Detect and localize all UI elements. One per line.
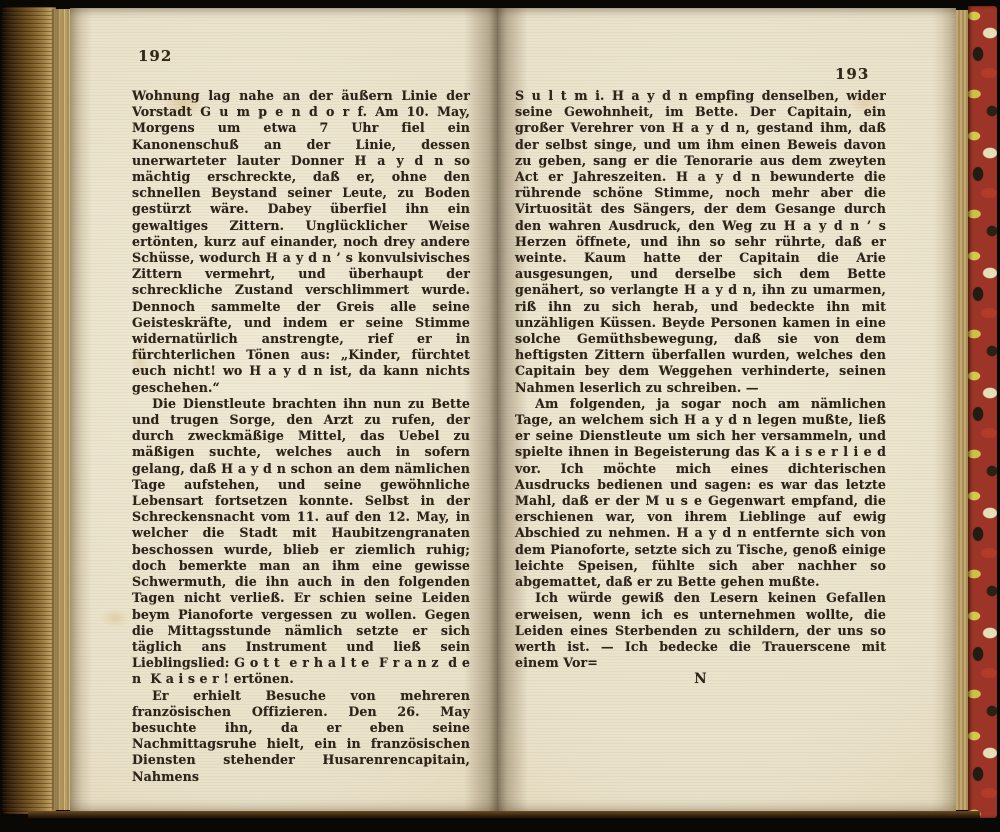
book-scan: 192 Wohnung lag nahe an der äußern Linie… bbox=[0, 0, 1000, 832]
spine-side-shadow bbox=[70, 8, 92, 812]
book-spine bbox=[2, 7, 56, 814]
page-edge-stack bbox=[52, 9, 70, 810]
left-page-number: 192 bbox=[138, 47, 172, 65]
bottom-board-edge bbox=[28, 811, 980, 820]
right-page: 193 S u l t m i. H a y d n empfing dense… bbox=[498, 8, 956, 812]
paragraph: Wohnung lag nahe an der äußern Linie der… bbox=[132, 88, 470, 396]
paragraph: Er erhielt Besuche von mehreren französi… bbox=[132, 688, 470, 785]
paragraph: Ich würde gewiß den Lesern keinen Gefall… bbox=[515, 590, 886, 671]
marbled-cover-edge bbox=[968, 6, 997, 818]
paragraph: S u l t m i. H a y d n empfing denselben… bbox=[515, 88, 886, 396]
paragraph: Die Dienstleute brachten ihn nun zu Bett… bbox=[132, 396, 470, 688]
left-page: 192 Wohnung lag nahe an der äußern Linie… bbox=[70, 8, 498, 812]
fore-edge-stack bbox=[956, 10, 968, 810]
right-page-number: 193 bbox=[835, 65, 869, 83]
fore-edge-shadow bbox=[932, 8, 956, 812]
stain bbox=[100, 608, 130, 628]
right-text-column: S u l t m i. H a y d n empfing denselben… bbox=[515, 88, 886, 688]
paragraph: Am folgenden, ja sogar noch am nämlichen… bbox=[515, 396, 886, 590]
left-text-column: Wohnung lag nahe an der äußern Linie der… bbox=[132, 88, 470, 785]
signature-mark: N bbox=[515, 671, 886, 687]
